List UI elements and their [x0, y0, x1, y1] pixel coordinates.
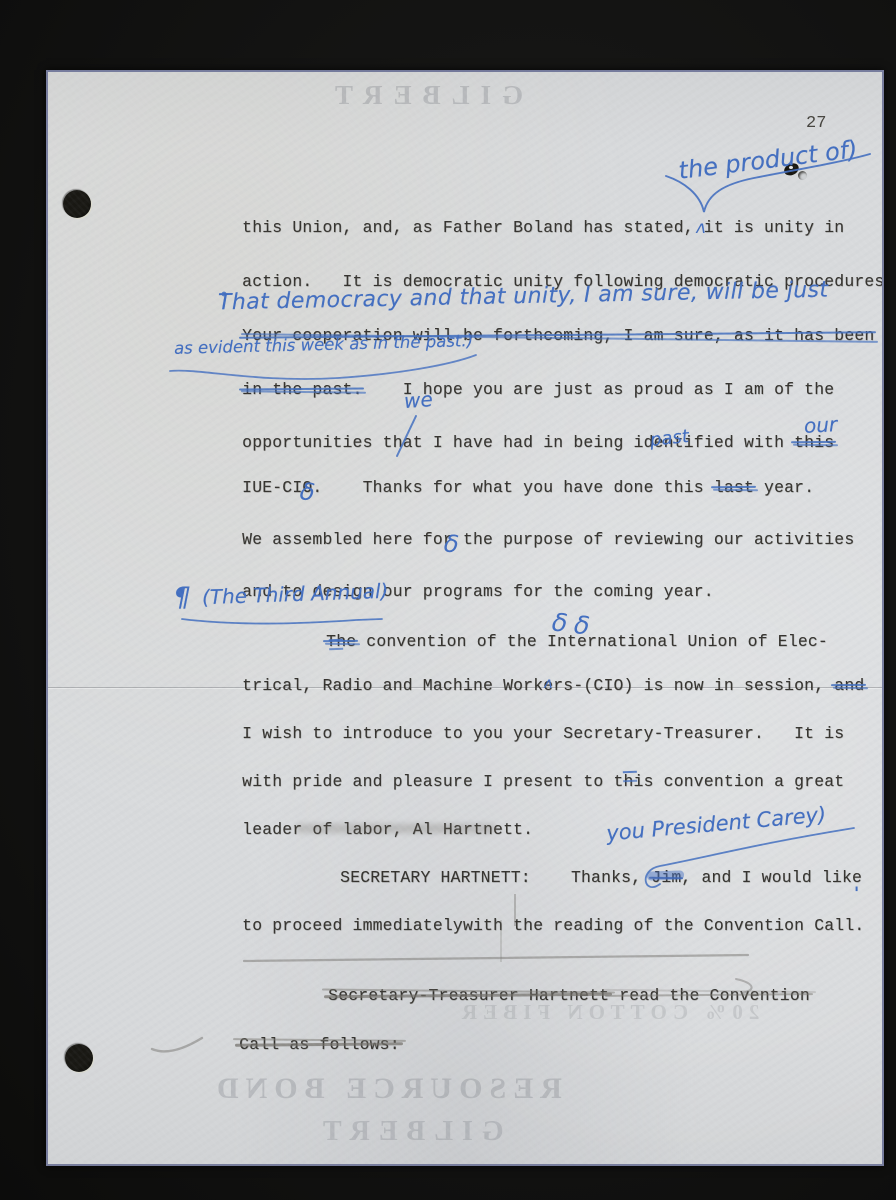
typed-line-11: I wish to introduce to you your Secretar… [202, 706, 844, 744]
typed-line-1: this Union, and, as Father Boland has st… [202, 200, 844, 238]
typed-line-6: IUE-CIO. Thanks for what you have done t… [202, 460, 814, 498]
typed-line-12: with pride and pleasure I present to thi… [202, 754, 844, 792]
caret-icon: ʌ [544, 674, 553, 692]
typed-line-5: opportunities that I have had in being i… [202, 415, 834, 453]
hole-punch-bottom [65, 1044, 93, 1072]
typed-line-17: Call as follows: [199, 1017, 400, 1055]
typed-text: SECRETARY HARTNETT: Thanks, [340, 868, 651, 887]
pencil-struck-text: Secretary-Treasurer Hartnett [328, 986, 609, 1005]
document-page: GILBERT 20% COTTON FIBER RESOURCE BOND G… [46, 70, 884, 1166]
delete-mark-icon: δδ [550, 607, 598, 641]
pencil-swoosh [152, 1038, 202, 1051]
capitalize-mark-icon [623, 771, 637, 782]
typed-text: opportunities that I have had in being i… [242, 433, 794, 452]
struck-text: in the past. [242, 380, 362, 399]
typed-text: with pride and pleasure I present to thi… [242, 772, 844, 791]
typed-line-7: We assembled here for the purpose of rev… [202, 512, 854, 550]
struck-text: and [834, 676, 864, 695]
pencil-mark [514, 894, 516, 926]
typed-line-15: to proceed immediatelywith the reading o… [202, 898, 864, 936]
typed-text: We assembled here for the purpose of rev… [242, 530, 854, 549]
handwritten-carey: you President Carey) [605, 802, 827, 845]
watermark-gilbert-bottom: GILBERT [314, 1116, 504, 1148]
typed-text: to proceed immediatelywith the reading o… [242, 916, 864, 935]
typed-line-10: trical, Radio and Machine Workers-(CIO) … [202, 658, 864, 696]
capitalize-mark-icon [329, 639, 343, 650]
paper-hole [798, 171, 807, 180]
pencil-line-over [244, 955, 748, 961]
delete-mark-icon: δ [298, 477, 316, 507]
typed-text: trical, Radio and Machine Workers-(CIO) … [242, 676, 834, 695]
scribbled-text: Jim [651, 868, 681, 887]
page-number: 27 [806, 114, 826, 133]
typed-text: , and I would like [681, 868, 862, 887]
handwritten-our: our [803, 412, 837, 438]
typed-line-14: SECRETARY HARTNETT: Thanks, Jim, and I w… [300, 850, 862, 888]
pencil-struck-text: read the Convention [609, 986, 810, 1005]
handwritten-we: we [403, 387, 433, 413]
delete-mark-icon: δ [443, 529, 461, 558]
eraser-smudge [296, 824, 496, 833]
typed-text: I hope you are just as proud as I am of … [363, 380, 835, 399]
hole-punch-top [63, 190, 91, 218]
ink-dot-icon: ' [854, 884, 859, 904]
typed-text: this Union, and, as Father Boland has st… [242, 218, 844, 237]
handwritten-third-annual: (The Third Annual) [202, 579, 389, 609]
typed-text: year. [754, 478, 814, 497]
watermark-gilbert-top: GILBERT [324, 80, 523, 111]
handwritten-insertion-product: the product of) [677, 135, 859, 185]
handwritten-pilcrow: ¶ [174, 582, 191, 613]
typed-line-4: in the past. I hope you are just as prou… [202, 362, 834, 400]
watermark-resource-bond: RESOURCE BOND [210, 1072, 562, 1106]
typed-line-13: leader of labor, Al Hartnett. [202, 802, 533, 840]
struck-text: last [714, 478, 754, 497]
caret-icon: ʌ [696, 218, 706, 238]
typed-text: I wish to introduce to you your Secretar… [242, 724, 844, 743]
handwritten-past: past [649, 426, 690, 451]
typed-line-16: Secretary-Treasurer Hartnett read the Co… [288, 968, 810, 1006]
pencil-struck-text: Call as follows: [239, 1035, 400, 1054]
pencil-mark [500, 920, 502, 962]
